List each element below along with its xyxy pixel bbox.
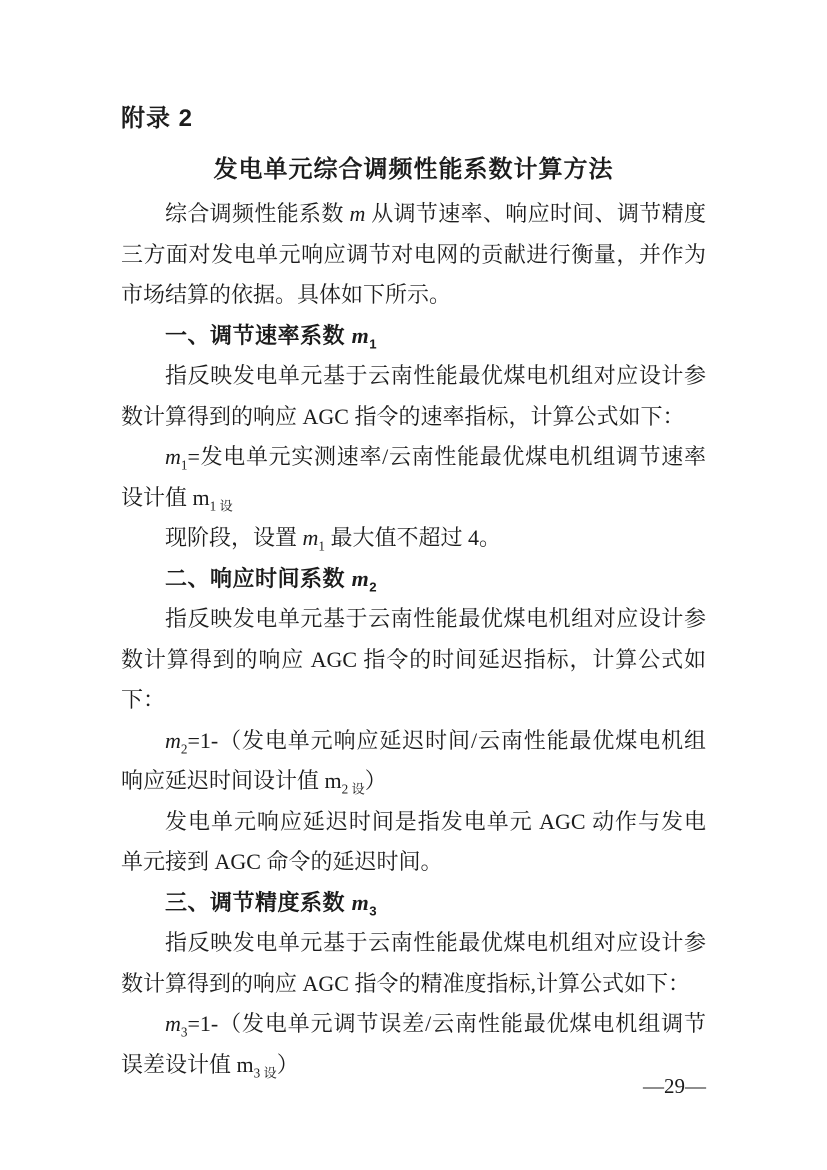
- text-segment-var: m: [165, 728, 181, 753]
- text-segment: =1-（发电单元调节误差/云南性能最优煤电机组调节误差设计值 m: [121, 1011, 706, 1077]
- text-segment: 现阶段，设置: [165, 525, 303, 550]
- text-segment-sub: 1: [369, 336, 377, 351]
- text-segment-var: m: [350, 201, 366, 226]
- body-paragraph: 综合调频性能系数 m 从调节速率、响应时间、调节精度三方面对发电单元响应调节对电…: [121, 194, 706, 316]
- appendix-label: 附录 2: [121, 102, 706, 136]
- text-segment: =1-（发电单元响应延迟时间/云南性能最优煤电机组响应延迟时间设计值 m: [121, 728, 706, 794]
- text-segment-sub: 3: [369, 903, 377, 918]
- text-segment: 最大值不超过 4。: [325, 525, 501, 550]
- text-segment: 发电单元响应延迟时间是指发电单元 AGC 动作与发电单元接到 AGC 命令的延迟…: [121, 809, 706, 875]
- body-paragraph: 指反映发电单元基于云南性能最优煤电机组对应设计参数计算得到的响应 AGC 指令的…: [121, 599, 706, 721]
- text-segment-var: m: [352, 566, 370, 591]
- text-segment: 指反映发电单元基于云南性能最优煤电机组对应设计参数计算得到的响应 AGC 指令的…: [121, 363, 706, 429]
- page-number: —29—: [643, 1074, 706, 1098]
- text-segment-var: m: [352, 890, 370, 915]
- formula-paragraph: m1=发电单元实测速率/云南性能最优煤电机组调节速率设计值 m1 设: [121, 437, 706, 518]
- formula-paragraph: m3=1-（发电单元调节误差/云南性能最优煤电机组调节误差设计值 m3 设）: [121, 1004, 706, 1085]
- document-body: 综合调频性能系数 m 从调节速率、响应时间、调节精度三方面对发电单元响应调节对电…: [121, 194, 706, 1085]
- document-title: 发电单元综合调频性能系数计算方法: [121, 152, 706, 188]
- text-segment: 二、响应时间系数: [165, 566, 352, 591]
- section-heading: 二、响应时间系数 m2: [121, 559, 706, 600]
- section-heading: 一、调节速率系数 m1: [121, 316, 706, 357]
- body-paragraph: 现阶段，设置 m1 最大值不超过 4。: [121, 518, 706, 559]
- text-segment: ）: [365, 768, 387, 793]
- text-segment: 指反映发电单元基于云南性能最优煤电机组对应设计参数计算得到的响应 AGC 指令的…: [121, 606, 706, 712]
- text-segment-var: m: [165, 444, 181, 469]
- section-heading: 三、调节精度系数 m3: [121, 883, 706, 924]
- body-paragraph: 指反映发电单元基于云南性能最优煤电机组对应设计参数计算得到的响应 AGC 指令的…: [121, 356, 706, 437]
- text-segment-var: m: [352, 323, 370, 348]
- text-segment-sub: 3 设: [254, 1065, 277, 1080]
- text-segment: 指反映发电单元基于云南性能最优煤电机组对应设计参数计算得到的响应 AGC 指令的…: [121, 930, 706, 996]
- text-segment-var: m: [165, 1011, 181, 1036]
- text-segment-sub: 1: [318, 538, 325, 553]
- document-page: 附录 2 发电单元综合调频性能系数计算方法 综合调频性能系数 m 从调节速率、响…: [0, 0, 827, 1170]
- text-segment: 综合调频性能系数: [165, 201, 350, 226]
- text-segment-sub: 2 设: [342, 781, 365, 796]
- body-paragraph: 指反映发电单元基于云南性能最优煤电机组对应设计参数计算得到的响应 AGC 指令的…: [121, 923, 706, 1004]
- text-segment-var: m: [303, 525, 319, 550]
- text-segment-sub: 1 设: [210, 498, 233, 513]
- text-segment: ）: [277, 1052, 299, 1077]
- text-segment-sub: 2: [369, 579, 377, 594]
- body-paragraph: 发电单元响应延迟时间是指发电单元 AGC 动作与发电单元接到 AGC 命令的延迟…: [121, 802, 706, 883]
- formula-paragraph: m2=1-（发电单元响应延迟时间/云南性能最优煤电机组响应延迟时间设计值 m2 …: [121, 721, 706, 802]
- text-segment: 三、调节精度系数: [165, 890, 352, 915]
- text-segment: 一、调节速率系数: [165, 323, 352, 348]
